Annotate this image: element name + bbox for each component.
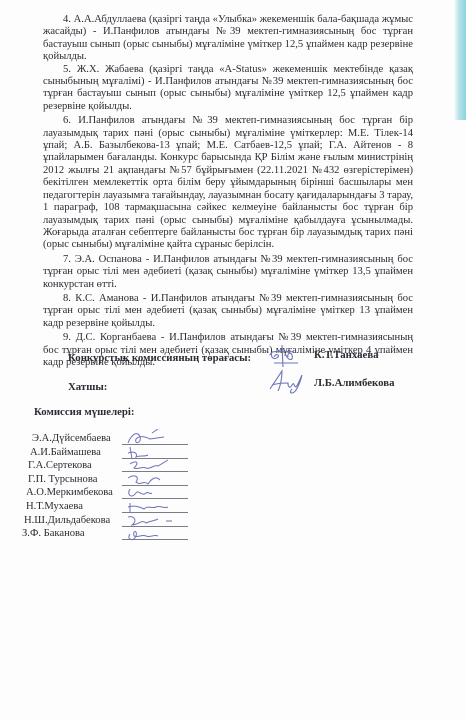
paragraph-text: А.А.Абдуллаева (қазіргі таңда «Улыбка» ж… [43,14,413,62]
paragraph-text: И.Панфилов атындағы №39 мектеп-гимназияс… [43,115,413,250]
member-name: Н.Т.Мухаева [26,501,83,512]
paragraph-text: Ж.Х. Жабаева (қазіргі таңда «A-Status» ж… [43,64,413,112]
member-name: Н.Ш.Дильдабекова [24,515,110,526]
member-name: Г.А.Сертекова [28,460,92,471]
member-signature-icon [124,524,184,544]
members-label: Комиссия мүшелері: [34,406,135,418]
paragraph-number: 4. [63,14,71,25]
member-row: З.Ф. Баканова [24,528,204,542]
member-name: Г.П. Турсынова [28,474,97,485]
page-edge-shadow [454,0,466,120]
secretary-label: Хатшы: [68,381,107,393]
paragraph-number: 5. [63,64,71,75]
paragraph-4: 4. А.А.Абдуллаева (қазіргі таңда «Улыбка… [43,14,413,64]
member-name: Э.А.Дүйсембаева [32,433,111,444]
paragraph-5: 5. Ж.Х. Жабаева (қазіргі таңда «A-Status… [43,64,413,114]
secretary-name: Л.Б.Алимбекова [314,377,395,389]
paragraph-number: 6. [63,115,71,126]
paragraph-number: 7. [63,254,71,265]
paragraph-number: 8. [63,293,71,304]
members-list: Э.А.Дүйсембаева А.И.Баймашева Г.А.Сертек… [24,433,204,542]
paragraph-text: К.С. Аманова - И.Панфилов атындағы №39 м… [43,293,413,329]
chair-name: К.Т.Танхаева [314,349,379,361]
member-name: А.И.Баймашева [30,447,101,458]
paragraph-text: Э.А. Оспанова - И.Панфилов атындағы №39 … [43,254,413,290]
paragraph-number: 9. [63,332,71,343]
paragraph-8: 8. К.С. Аманова - И.Панфилов атындағы №3… [43,293,413,330]
paragraph-6: 6. И.Панфилов атындағы №39 мектеп-гимназ… [43,115,413,251]
secretary-signature-icon [266,367,310,400]
paragraph-7: 7. Э.А. Оспанова - И.Панфилов атындағы №… [43,254,413,291]
member-name: А.О.Меркимбекова [26,487,113,498]
document-body: 4. А.А.Абдуллаева (қазіргі таңда «Улыбка… [43,14,413,369]
chair-label: Конкурстық комиссияның төрағасы: [68,352,251,364]
member-name: З.Ф. Баканова [22,528,85,539]
